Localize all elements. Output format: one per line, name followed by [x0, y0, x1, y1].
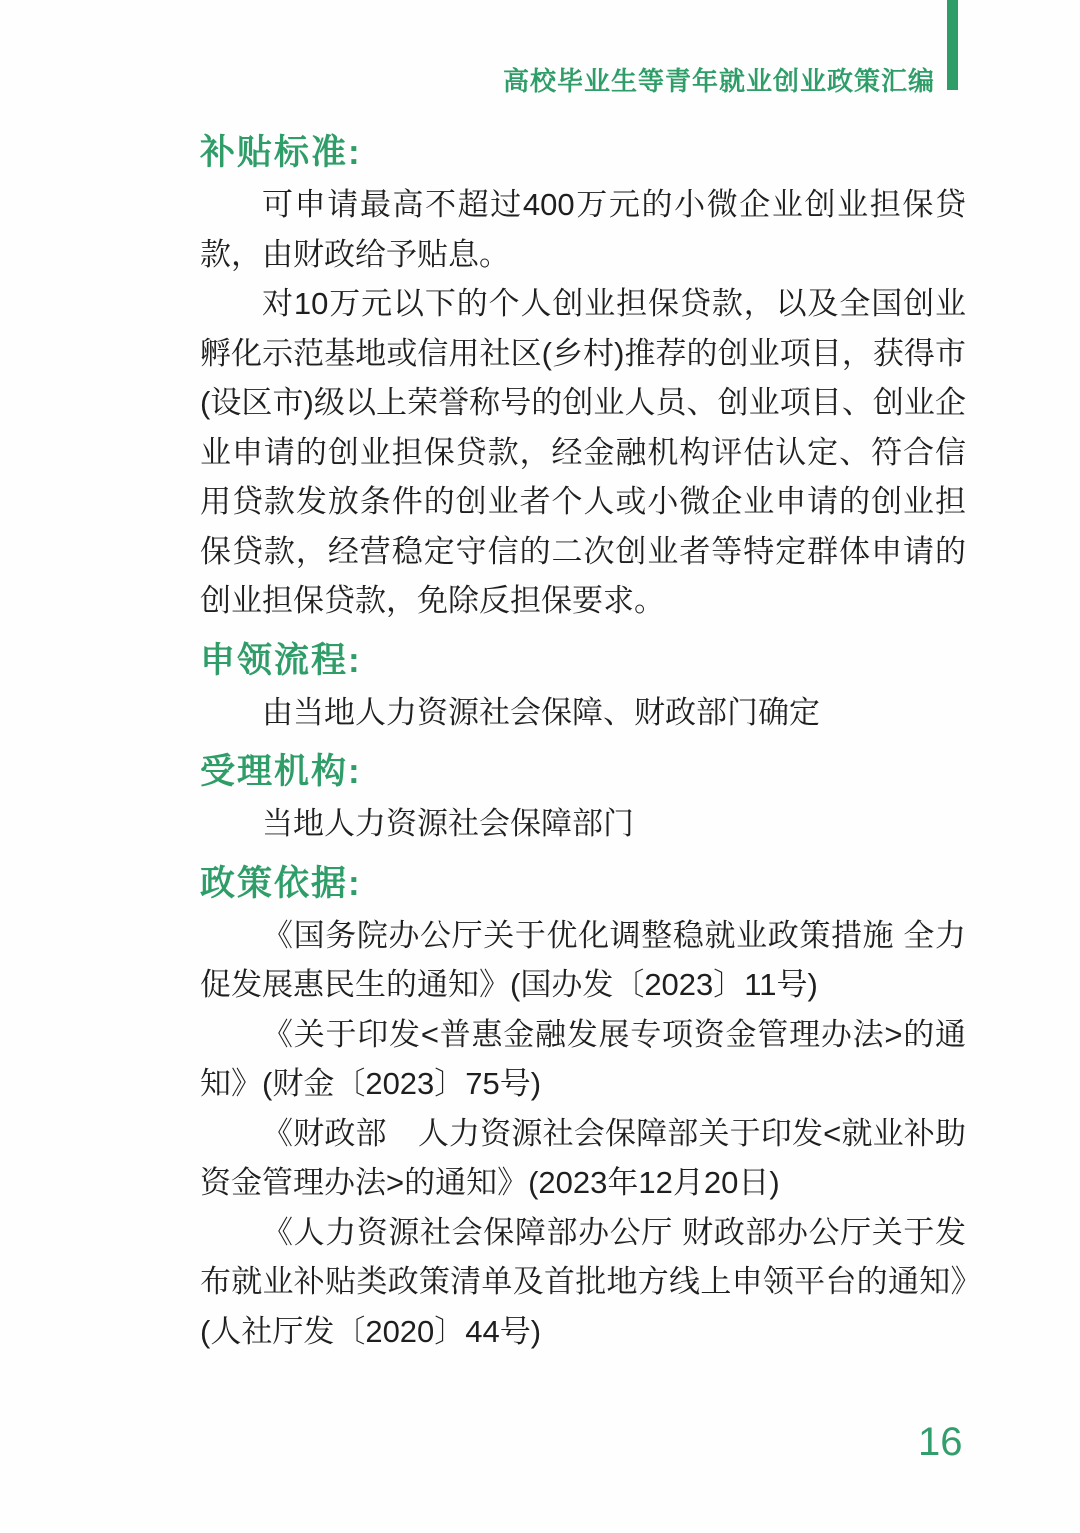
body-paragraph: 《人力资源社会保障部办公厅 财政部办公厅关于发布就业补贴类政策清单及首批地方线上…: [200, 1208, 966, 1357]
body-paragraph: 当地人力资源社会保障部门: [200, 799, 966, 849]
section-heading: 政策依据:: [200, 861, 966, 907]
page-number: 16: [918, 1420, 963, 1465]
body-paragraph: 可申请最高不超过400万元的小微企业创业担保贷款，由财政给予贴息。: [200, 180, 966, 279]
body-paragraph: 对10万元以下的个人创业担保贷款，以及全国创业孵化示范基地或信用社区(乡村)推荐…: [200, 279, 966, 626]
policy-section: 受理机构: 当地人力资源社会保障部门: [200, 749, 966, 849]
policy-section: 政策依据: 《国务院办公厅关于优化调整稳就业政策措施 全力促发展惠民生的通知》(…: [200, 861, 966, 1357]
body-paragraph: 《国务院办公厅关于优化调整稳就业政策措施 全力促发展惠民生的通知》(国办发〔20…: [200, 911, 966, 1010]
document-header-title: 高校毕业生等青年就业创业政策汇编: [503, 61, 935, 98]
header-accent-bar: [947, 0, 958, 90]
page-content: 补贴标准: 可申请最高不超过400万元的小微企业创业担保贷款，由财政给予贴息。对…: [200, 130, 966, 1356]
section-heading: 申领流程:: [200, 638, 966, 684]
body-paragraph: 由当地人力资源社会保障、财政部门确定: [200, 688, 966, 738]
body-paragraph: 《关于印发<普惠金融发展专项资金管理办法>的通知》(财金〔2023〕75号): [200, 1010, 966, 1109]
section-heading: 受理机构:: [200, 749, 966, 795]
section-heading: 补贴标准:: [200, 130, 966, 176]
sections: 补贴标准: 可申请最高不超过400万元的小微企业创业担保贷款，由财政给予贴息。对…: [200, 130, 966, 1356]
document-page: 高校毕业生等青年就业创业政策汇编 补贴标准: 可申请最高不超过400万元的小微企…: [0, 0, 1080, 1533]
policy-section: 补贴标准: 可申请最高不超过400万元的小微企业创业担保贷款，由财政给予贴息。对…: [200, 130, 966, 626]
policy-section: 申领流程: 由当地人力资源社会保障、财政部门确定: [200, 638, 966, 738]
body-paragraph: 《财政部 人力资源社会保障部关于印发<就业补助资金管理办法>的通知》(2023年…: [200, 1109, 966, 1208]
